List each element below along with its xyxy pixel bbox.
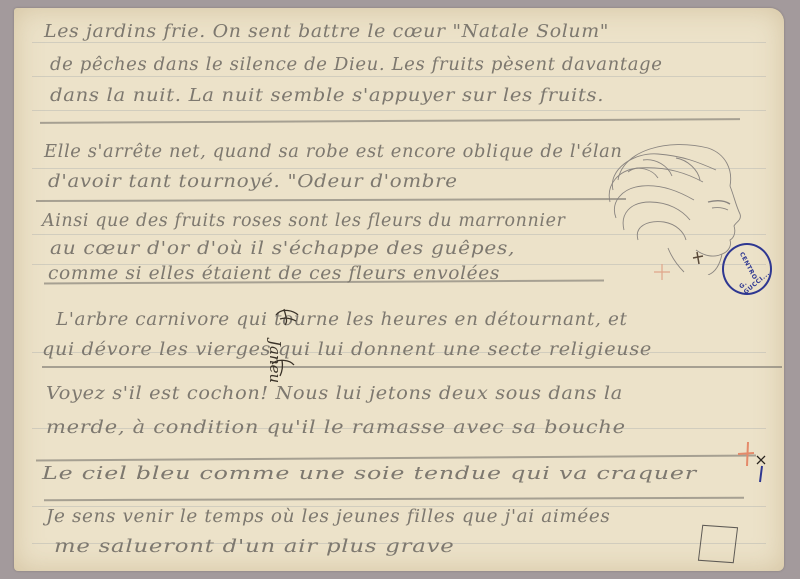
manuscript-line: Les jardins frie. On sent battre le cœur… xyxy=(44,22,609,42)
manuscript-line: me salueront d'un air plus grave xyxy=(54,537,454,557)
manuscript-line: comme si elles étaient de ces fleurs env… xyxy=(48,264,500,284)
blue-tick-mark-icon xyxy=(757,464,765,484)
manuscript-line: Ainsi que des fruits roses sont les fleu… xyxy=(42,211,566,231)
ink-flourish-icon xyxy=(272,305,302,329)
hand-drawn-box xyxy=(698,525,738,563)
section-divider xyxy=(44,497,744,501)
manuscript-line: d'avoir tant tournoyé. "Odeur d'ombre xyxy=(48,172,458,192)
manuscript-line: Voyez s'il est cochon! Nous lui jetons d… xyxy=(46,384,623,404)
manuscript-line: Le ciel bleu comme une soie tendue qui v… xyxy=(42,463,697,484)
section-divider xyxy=(40,118,740,123)
ink-flourish-icon xyxy=(268,356,298,378)
manuscript-line: au cœur d'or d'où il s'échappe des guêpe… xyxy=(50,239,515,259)
black-cross-mark-icon xyxy=(690,250,706,266)
manuscript-line: dans la nuit. La nuit semble s'appuyer s… xyxy=(50,86,604,106)
manuscript-line: qui dévore les vierges qui lui donnent u… xyxy=(42,340,652,360)
section-divider xyxy=(36,454,756,461)
manuscript-line: L'arbre carnivore qui tourne les heures … xyxy=(56,310,627,330)
manuscript-line: Elle s'arrête net, quand sa robe est enc… xyxy=(44,142,623,162)
archive-stamp: CENTRO G. GUCCI... xyxy=(722,243,772,295)
manuscript-line: merde, à condition qu'il le ramasse avec… xyxy=(46,418,626,438)
section-divider xyxy=(36,198,626,202)
manuscript-line: de pêches dans le silence de Dieu. Les f… xyxy=(50,55,663,75)
manuscript-line: Je sens venir le temps où les jeunes fil… xyxy=(46,507,610,527)
section-divider xyxy=(42,366,782,368)
orange-cross-mark-icon xyxy=(652,262,672,282)
